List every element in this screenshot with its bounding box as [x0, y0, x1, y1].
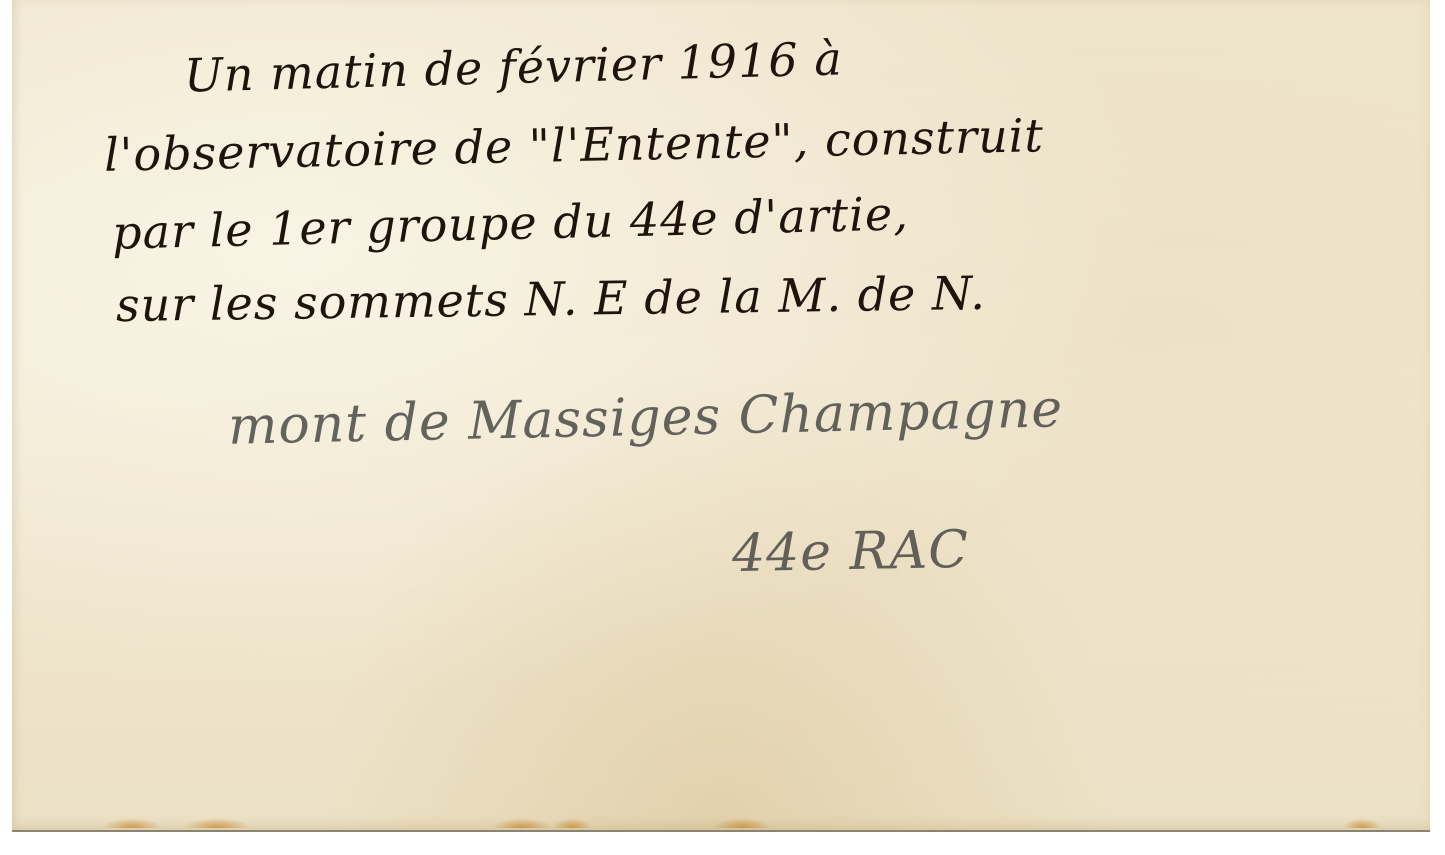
- handwritten-line-2: l'observatoire de "l'Entente", construit: [104, 108, 1045, 182]
- scan-background: Un matin de février 1916 à l'observatoir…: [0, 0, 1445, 855]
- rust-stain: [492, 818, 552, 828]
- photo-card-verso: Un matin de février 1916 à l'observatoir…: [12, 0, 1430, 832]
- handwritten-line-3: par le 1er groupe du 44e d'artie,: [111, 186, 909, 259]
- rust-stain: [182, 818, 252, 828]
- rust-stain: [712, 818, 772, 828]
- pencil-note-location: mont de Massiges Champagne: [227, 379, 1063, 456]
- rust-stain: [102, 818, 162, 828]
- handwritten-line-1: Un matin de février 1916 à: [183, 31, 843, 102]
- pencil-note-regiment: 44e RAC: [731, 520, 969, 584]
- handwritten-line-4: sur les sommets N. E de la M. de N.: [116, 266, 987, 332]
- rust-stain: [552, 818, 592, 828]
- rust-stain: [1342, 818, 1382, 828]
